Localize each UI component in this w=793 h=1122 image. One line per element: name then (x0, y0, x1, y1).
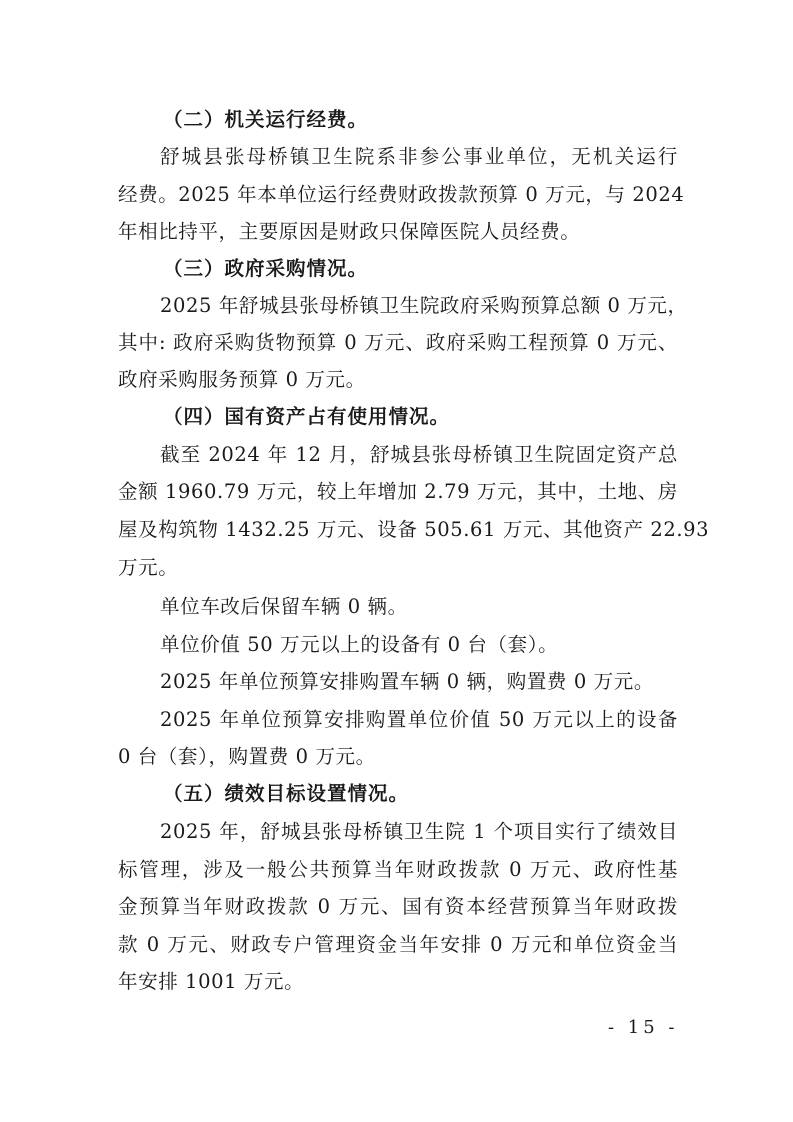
paragraph-line: 舒城县张母桥镇卫生院系非参公事业单位，无机关运行 (160, 144, 678, 170)
paragraph-line: 金预算当年财政拨款 0 万元、国有资本经营预算当年财政拨 (118, 894, 678, 920)
paragraph-line: 经费。2025 年本单位运行经费财政拨款预算 0 万元，与 2024 (118, 182, 678, 208)
paragraph-line: 2025 年舒城县张母桥镇卫生院政府采购预算总额 0 万元， (160, 293, 678, 319)
paragraph-line: 屋及构筑物 1432.25 万元、设备 505.61 万元、其他资产 22.93 (118, 517, 678, 543)
section-heading-procurement: （三）政府采购情况。 (163, 256, 723, 282)
paragraph-line: 年相比持平，主要原因是财政只保障医院人员经费。 (118, 219, 678, 245)
paragraph-line: 年安排 1001 万元。 (118, 969, 678, 995)
paragraph-line: 标管理，涉及一般公共预算当年财政拨款 0 万元、政府性基 (118, 857, 678, 883)
section-heading-state-assets: （四）国有资产占有使用情况。 (163, 404, 723, 430)
section-heading-operating-costs: （二）机关运行经费。 (163, 107, 723, 133)
paragraph-line: 金额 1960.79 万元，较上年增加 2.79 万元，其中，土地、房 (118, 479, 678, 505)
paragraph-line: 截至 2024 年 12 月，舒城县张母桥镇卫生院固定资产总 (160, 442, 678, 468)
paragraph-line: 单位价值 50 万元以上的设备有 0 台（套）。 (160, 632, 678, 658)
paragraph-line: 0 台（套），购置费 0 万元。 (118, 744, 678, 770)
paragraph-line: 款 0 万元、财政专户管理资金当年安排 0 万元和单位资金当 (118, 932, 678, 958)
paragraph-line: 2025 年单位预算安排购置单位价值 50 万元以上的设备 (160, 707, 678, 733)
paragraph-line: 政府采购服务预算 0 万元。 (118, 367, 678, 393)
paragraph-line: 万元。 (118, 555, 678, 581)
section-heading-performance-goals: （五）绩效目标设置情况。 (163, 781, 723, 807)
paragraph-line: 2025 年，舒城县张母桥镇卫生院 1 个项目实行了绩效目 (160, 819, 678, 845)
page-number: - 15 - (608, 1017, 679, 1038)
document-page: （二）机关运行经费。 舒城县张母桥镇卫生院系非参公事业单位，无机关运行 经费。2… (0, 0, 793, 1122)
paragraph-line: 其中: 政府采购货物预算 0 万元、政府采购工程预算 0 万元、 (118, 330, 678, 356)
paragraph-line: 2025 年单位预算安排购置车辆 0 辆，购置费 0 万元。 (160, 669, 678, 695)
paragraph-line: 单位车改后保留车辆 0 辆。 (160, 594, 678, 620)
